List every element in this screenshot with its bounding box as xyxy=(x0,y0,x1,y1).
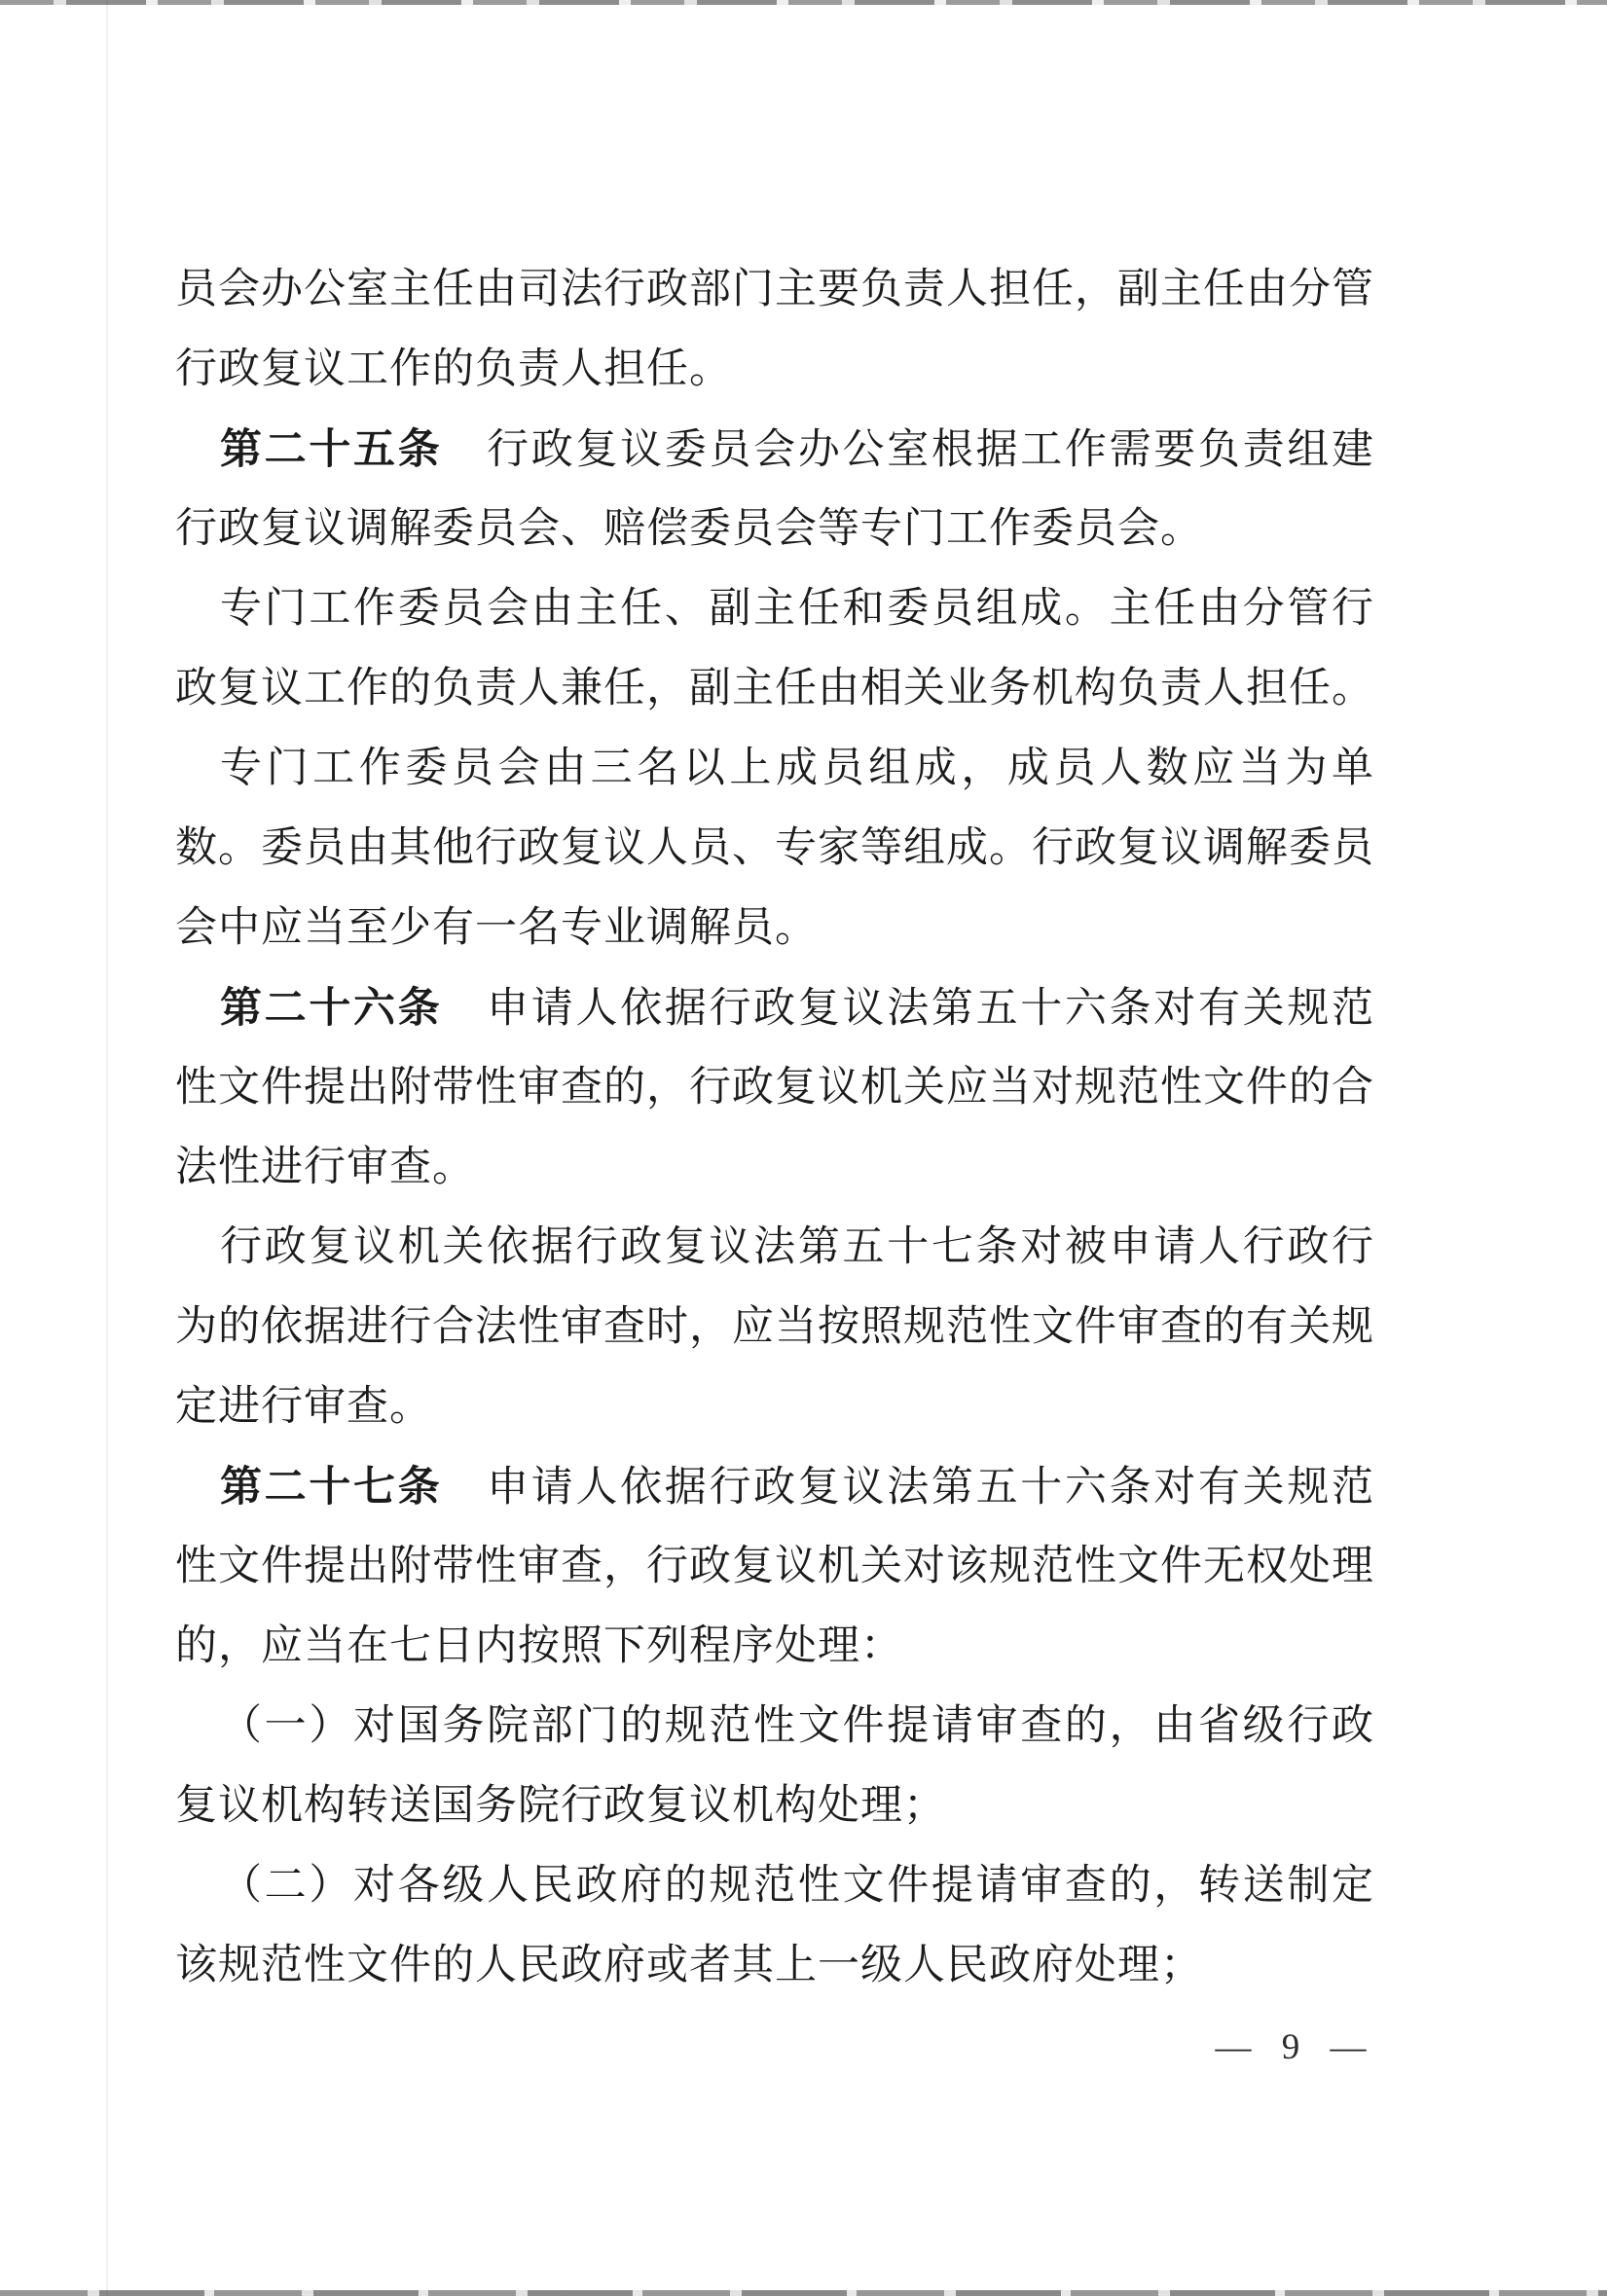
text-line: 法性进行审查。 xyxy=(175,1128,1374,1208)
text-line: 行政复议调解委员会、赔偿委员会等专门工作委员会。 xyxy=(175,490,1374,569)
body-text: 为的依据进行合法性审查时，应当按照规范性文件审查的有关规 xyxy=(175,1304,1374,1350)
text-line: 专门工作委员会由三名以上成员组成，成员人数应当为单 xyxy=(175,729,1374,809)
body-text: 性文件提出附带性审查的，行政复议机关应当对规范性文件的合 xyxy=(175,1065,1374,1111)
body-text: 定进行审查。 xyxy=(175,1384,432,1430)
body-text: （一）对国务院部门的规范性文件提请审查的，由省级行政 xyxy=(220,1703,1374,1749)
body-text: 复议机构转送国务院行政复议机构处理； xyxy=(175,1783,946,1829)
text-line: 复议机构转送国务院行政复议机构处理； xyxy=(175,1767,1374,1846)
body-text: 该规范性文件的人民政府或者其上一级人民政府处理； xyxy=(175,1943,1203,1988)
body-text: 行政复议调解委员会、赔偿委员会等专门工作委员会。 xyxy=(175,506,1203,552)
scan-artifact-left-line xyxy=(106,0,108,2296)
body-text: 行政复议委员会办公室根据工作需要负责组建 xyxy=(442,427,1374,473)
body-text: 专门工作委员会由主任、副主任和委员组成。主任由分管行 xyxy=(220,586,1374,632)
body-text: 数。委员由其他行政复议人员、专家等组成。行政复议调解委员 xyxy=(175,825,1374,871)
body-text: 行政复议机关依据行政复议法第五十七条对被申请人行政行 xyxy=(220,1224,1374,1270)
text-line: 数。委员由其他行政复议人员、专家等组成。行政复议调解委员 xyxy=(175,809,1374,889)
body-text: 申请人依据行政复议法第五十六条对有关规范 xyxy=(442,986,1374,1032)
scan-artifact-top xyxy=(0,0,1607,5)
text-line: 定进行审查。 xyxy=(175,1367,1374,1447)
article-number: 第二十六条 xyxy=(220,985,442,1032)
text-line: 该规范性文件的人民政府或者其上一级人民政府处理； xyxy=(175,1926,1374,2006)
body-text: （二）对各级人民政府的规范性文件提请审查的，转送制定 xyxy=(220,1863,1374,1909)
body-text: 申请人依据行政复议法第五十六条对有关规范 xyxy=(442,1465,1374,1511)
body-text: 行政复议工作的负责人担任。 xyxy=(175,346,732,392)
text-line: 行政复议工作的负责人担任。 xyxy=(175,330,1374,410)
text-line: 第二十五条 行政复议委员会办公室根据工作需要负责组建 xyxy=(175,410,1374,490)
text-line: 员会办公室主任由司法行政部门主要负责人担任，副主任由分管 xyxy=(175,250,1374,330)
article-number: 第二十七条 xyxy=(220,1464,442,1511)
body-text: 的，应当在七日内按照下列程序处理： xyxy=(175,1623,903,1669)
body-text: 性文件提出附带性审查，行政复议机关对该规范性文件无权处理 xyxy=(175,1544,1374,1589)
text-line: 性文件提出附带性审查的，行政复议机关应当对规范性文件的合 xyxy=(175,1048,1374,1128)
body-text: 员会办公室主任由司法行政部门主要负责人担任，副主任由分管 xyxy=(175,267,1374,312)
text-line: 性文件提出附带性审查，行政复议机关对该规范性文件无权处理 xyxy=(175,1527,1374,1607)
document-text-block: 员会办公室主任由司法行政部门主要负责人担任，副主任由分管行政复议工作的负责人担任… xyxy=(175,250,1374,2006)
text-line: （二）对各级人民政府的规范性文件提请审查的，转送制定 xyxy=(175,1846,1374,1926)
scan-artifact-bottom xyxy=(0,2290,1607,2296)
text-line: 行政复议机关依据行政复议法第五十七条对被申请人行政行 xyxy=(175,1208,1374,1288)
text-line: 会中应当至少有一名专业调解员。 xyxy=(175,889,1374,968)
body-text: 会中应当至少有一名专业调解员。 xyxy=(175,905,818,951)
text-line: 第二十六条 申请人依据行政复议法第五十六条对有关规范 xyxy=(175,968,1374,1048)
text-line: 第二十七条 申请人依据行政复议法第五十六条对有关规范 xyxy=(175,1447,1374,1527)
text-line: 专门工作委员会由主任、副主任和委员组成。主任由分管行 xyxy=(175,569,1374,649)
body-text: 法性进行审查。 xyxy=(175,1145,475,1190)
article-number: 第二十五条 xyxy=(220,426,442,473)
body-text: 专门工作委员会由三名以上成员组成，成员人数应当为单 xyxy=(220,746,1374,791)
text-line: 政复议工作的负责人兼任，副主任由相关业务机构负责人担任。 xyxy=(175,649,1374,729)
body-text: 政复议工作的负责人兼任，副主任由相关业务机构负责人担任。 xyxy=(175,666,1374,711)
document-page: 员会办公室主任由司法行政部门主要负责人担任，副主任由分管行政复议工作的负责人担任… xyxy=(0,0,1607,2296)
text-line: 的，应当在七日内按照下列程序处理： xyxy=(175,1607,1374,1687)
text-line: （一）对国务院部门的规范性文件提请审查的，由省级行政 xyxy=(175,1687,1374,1767)
text-line: 为的依据进行合法性审查时，应当按照规范性文件审查的有关规 xyxy=(175,1288,1374,1367)
page-number: — 9 — xyxy=(1199,2026,1384,2068)
